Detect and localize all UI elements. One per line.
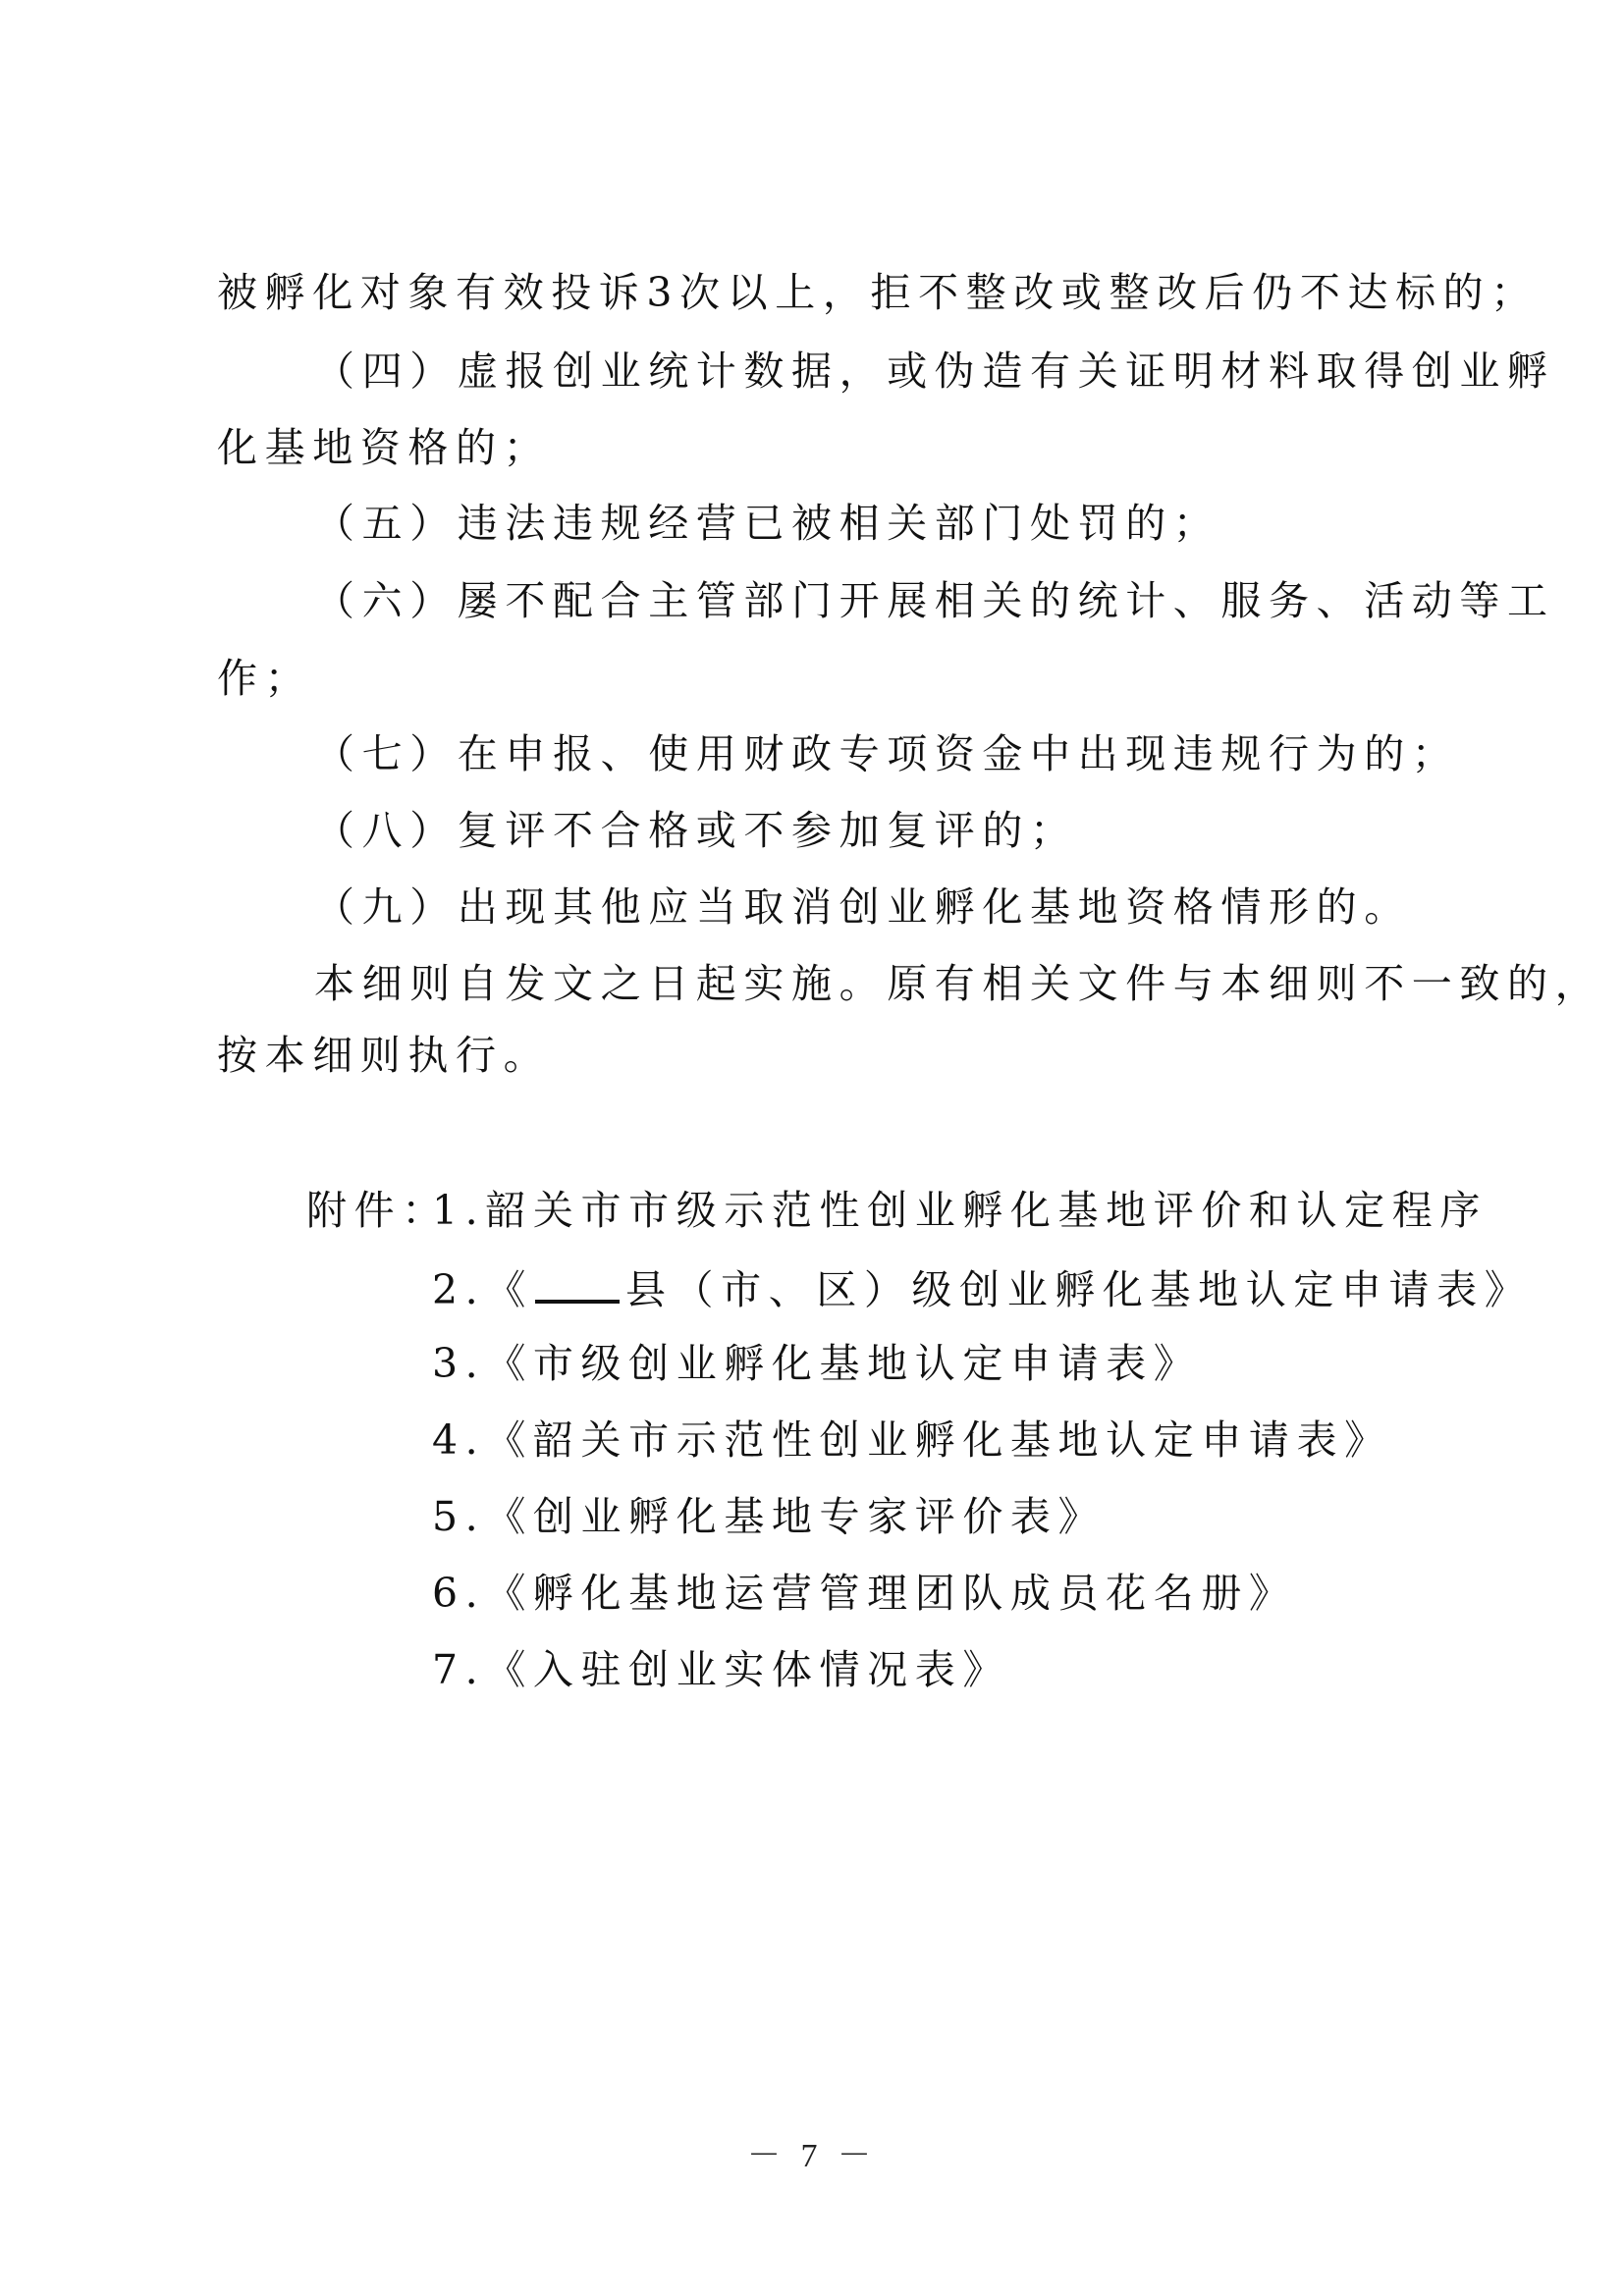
attachment-number: 5. [432,1493,485,1540]
attachment-item-3: 3.《市级创业孵化基地认定申请表》 [432,1339,1201,1388]
attachment-title: 县（市、区）级创业孵化基地认定申请表》 [625,1266,1532,1313]
attachments-label: 附件： [306,1186,450,1235]
attachment-number: 2. [432,1266,485,1313]
body-line-5: （六）屡不配合主管部门开展相关的统计、服务、活动等工 [314,576,1555,625]
attachment-item-5: 5.《创业孵化基地专家评价表》 [432,1492,1106,1541]
body-line-4: （五）违法违规经营已被相关部门处罚的； [314,499,1220,548]
attachment-item-2: 2.《县（市、区）级创业孵化基地认定申请表》 [432,1262,1532,1311]
body-line-8: （八）复评不合格或不参加复评的； [314,806,1078,855]
attachment-number: 1. [432,1187,485,1234]
body-line-3: 化基地资格的； [217,423,551,472]
attachment-number: 4. [432,1416,485,1464]
body-line-1: 被孵化对象有效投诉3次以上，拒不整改或整改后仍不达标的； [217,268,1539,317]
attachment-number: 3. [432,1340,485,1387]
attachment-item-7: 7.《入驻创业实体情况表》 [432,1645,1010,1694]
fill-in-blank [535,1262,620,1304]
attachment-title: 韶关市市级示范性创业孵化基地评价和认定程序 [485,1187,1488,1234]
body-line-9: （九）出现其他应当取消创业孵化基地资格情形的。 [314,882,1412,932]
attachment-item-4: 4.《韶关市示范性创业孵化基地认定申请表》 [432,1415,1392,1465]
body-line-2: （四）虚报创业统计数据，或伪造有关证明材料取得创业孵 [314,347,1555,396]
attachment-item-6: 6.《孵化基地运营管理团队成员花名册》 [432,1569,1297,1618]
attachment-title: 《孵化基地运营管理团队成员花名册》 [485,1570,1296,1617]
attachment-open-quote: 《 [485,1266,533,1313]
page-number: － 7 － [0,2132,1624,2181]
attachment-title: 《市级创业孵化基地认定申请表》 [485,1340,1201,1387]
body-line-7: （七）在申报、使用财政专项资金中出现违规行为的； [314,729,1459,778]
body-line-11: 按本细则执行。 [217,1031,551,1080]
attachment-title: 《创业孵化基地专家评价表》 [485,1493,1106,1540]
body-line-6: 作； [217,654,312,703]
document-page: 被孵化对象有效投诉3次以上，拒不整改或整改后仍不达标的； （四）虚报创业统计数据… [0,0,1624,2296]
attachment-title: 《入驻创业实体情况表》 [485,1646,1010,1693]
attachment-number: 6. [432,1570,485,1617]
attachment-item-1: 1.韶关市市级示范性创业孵化基地评价和认定程序 [432,1186,1488,1235]
body-line-10: 本细则自发文之日起实施。原有相关文件与本细则不一致的， [314,959,1602,1008]
attachment-title: 《韶关市示范性创业孵化基地认定申请表》 [485,1416,1391,1464]
attachment-number: 7. [432,1646,485,1693]
